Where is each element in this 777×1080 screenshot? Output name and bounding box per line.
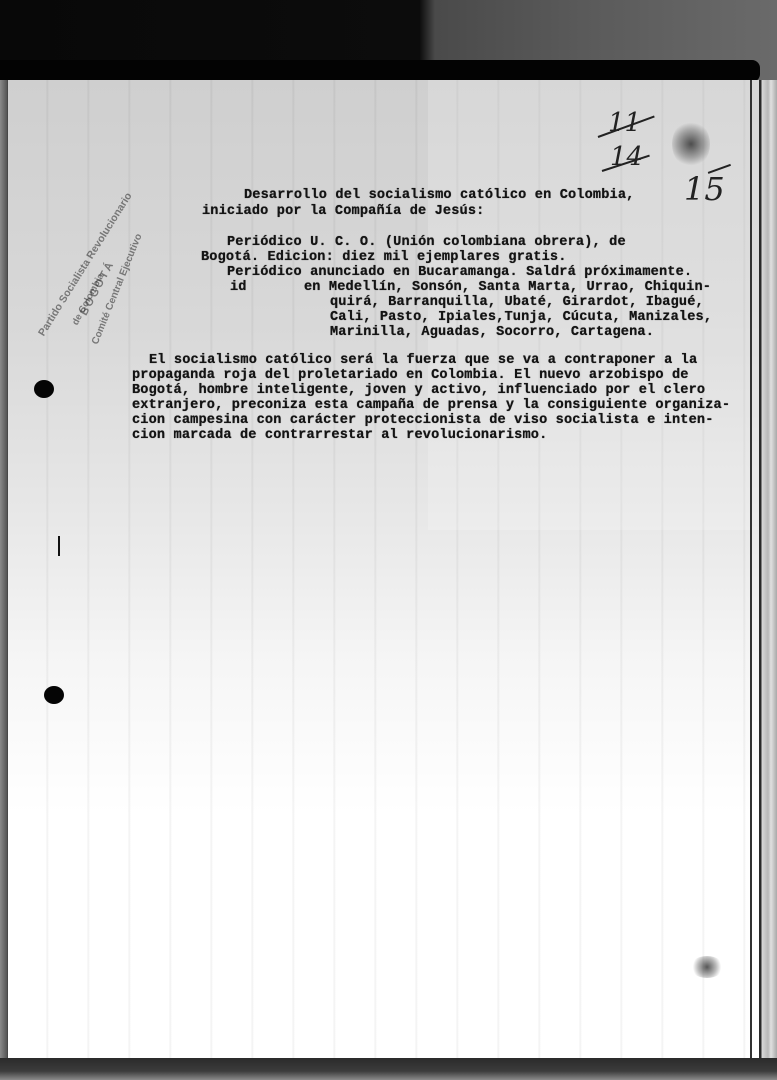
section-line: Bogotá. Edicion: diez mil ejemplares gra… bbox=[201, 250, 567, 265]
punch-hole-bottom bbox=[44, 686, 64, 704]
section-line: Periódico U. C. O. (Unión colombiana obr… bbox=[227, 235, 626, 250]
document-title-line-2: iniciado por la Compañía de Jesús: bbox=[202, 204, 484, 219]
organization-stamp: Partido Socialista Revolucionario de Col… bbox=[30, 192, 180, 352]
section-line: Periódico anunciado en Bucaramanga. Sald… bbox=[227, 265, 692, 280]
document-page: Partido Socialista Revolucionario de Col… bbox=[8, 80, 763, 1058]
paragraph-line: cion marcada de contrarrestar al revoluc… bbox=[132, 428, 547, 443]
section-line: Cali, Pasto, Ipiales,Tunja, Cúcuta, Mani… bbox=[330, 310, 712, 325]
ink-mark bbox=[58, 536, 60, 556]
paragraph-line: extranjero, preconiza esta campaña de pr… bbox=[132, 398, 730, 413]
punch-hole-top bbox=[34, 380, 54, 398]
paragraph-line: propaganda roja del proletariado en Colo… bbox=[132, 368, 689, 383]
scan-right-edge bbox=[759, 80, 777, 1060]
paragraph-line: Bogotá, hombre inteligente, joven y acti… bbox=[132, 383, 705, 398]
document-title-line-1: Desarrollo del socialismo católico en Co… bbox=[244, 188, 634, 203]
scan-shadow-band bbox=[0, 60, 760, 82]
section-line-prefix: id bbox=[230, 280, 247, 295]
ink-smudge bbox=[690, 956, 724, 978]
paragraph-line: El socialismo católico será la fuerza qu… bbox=[149, 353, 697, 368]
scan-bottom-margin bbox=[0, 1058, 777, 1080]
page-border-line bbox=[750, 80, 752, 1058]
folio-number: 15 bbox=[684, 170, 725, 208]
section-line: en Medellín, Sonsón, Santa Marta, Urrao,… bbox=[304, 280, 711, 295]
section-line: quirá, Barranquilla, Ubaté, Girardot, Ib… bbox=[330, 295, 704, 310]
paragraph-line: cion campesina con carácter proteccionis… bbox=[132, 413, 714, 428]
section-line: Marinilla, Aguadas, Socorro, Cartagena. bbox=[330, 325, 654, 340]
ink-smudge bbox=[672, 120, 710, 168]
